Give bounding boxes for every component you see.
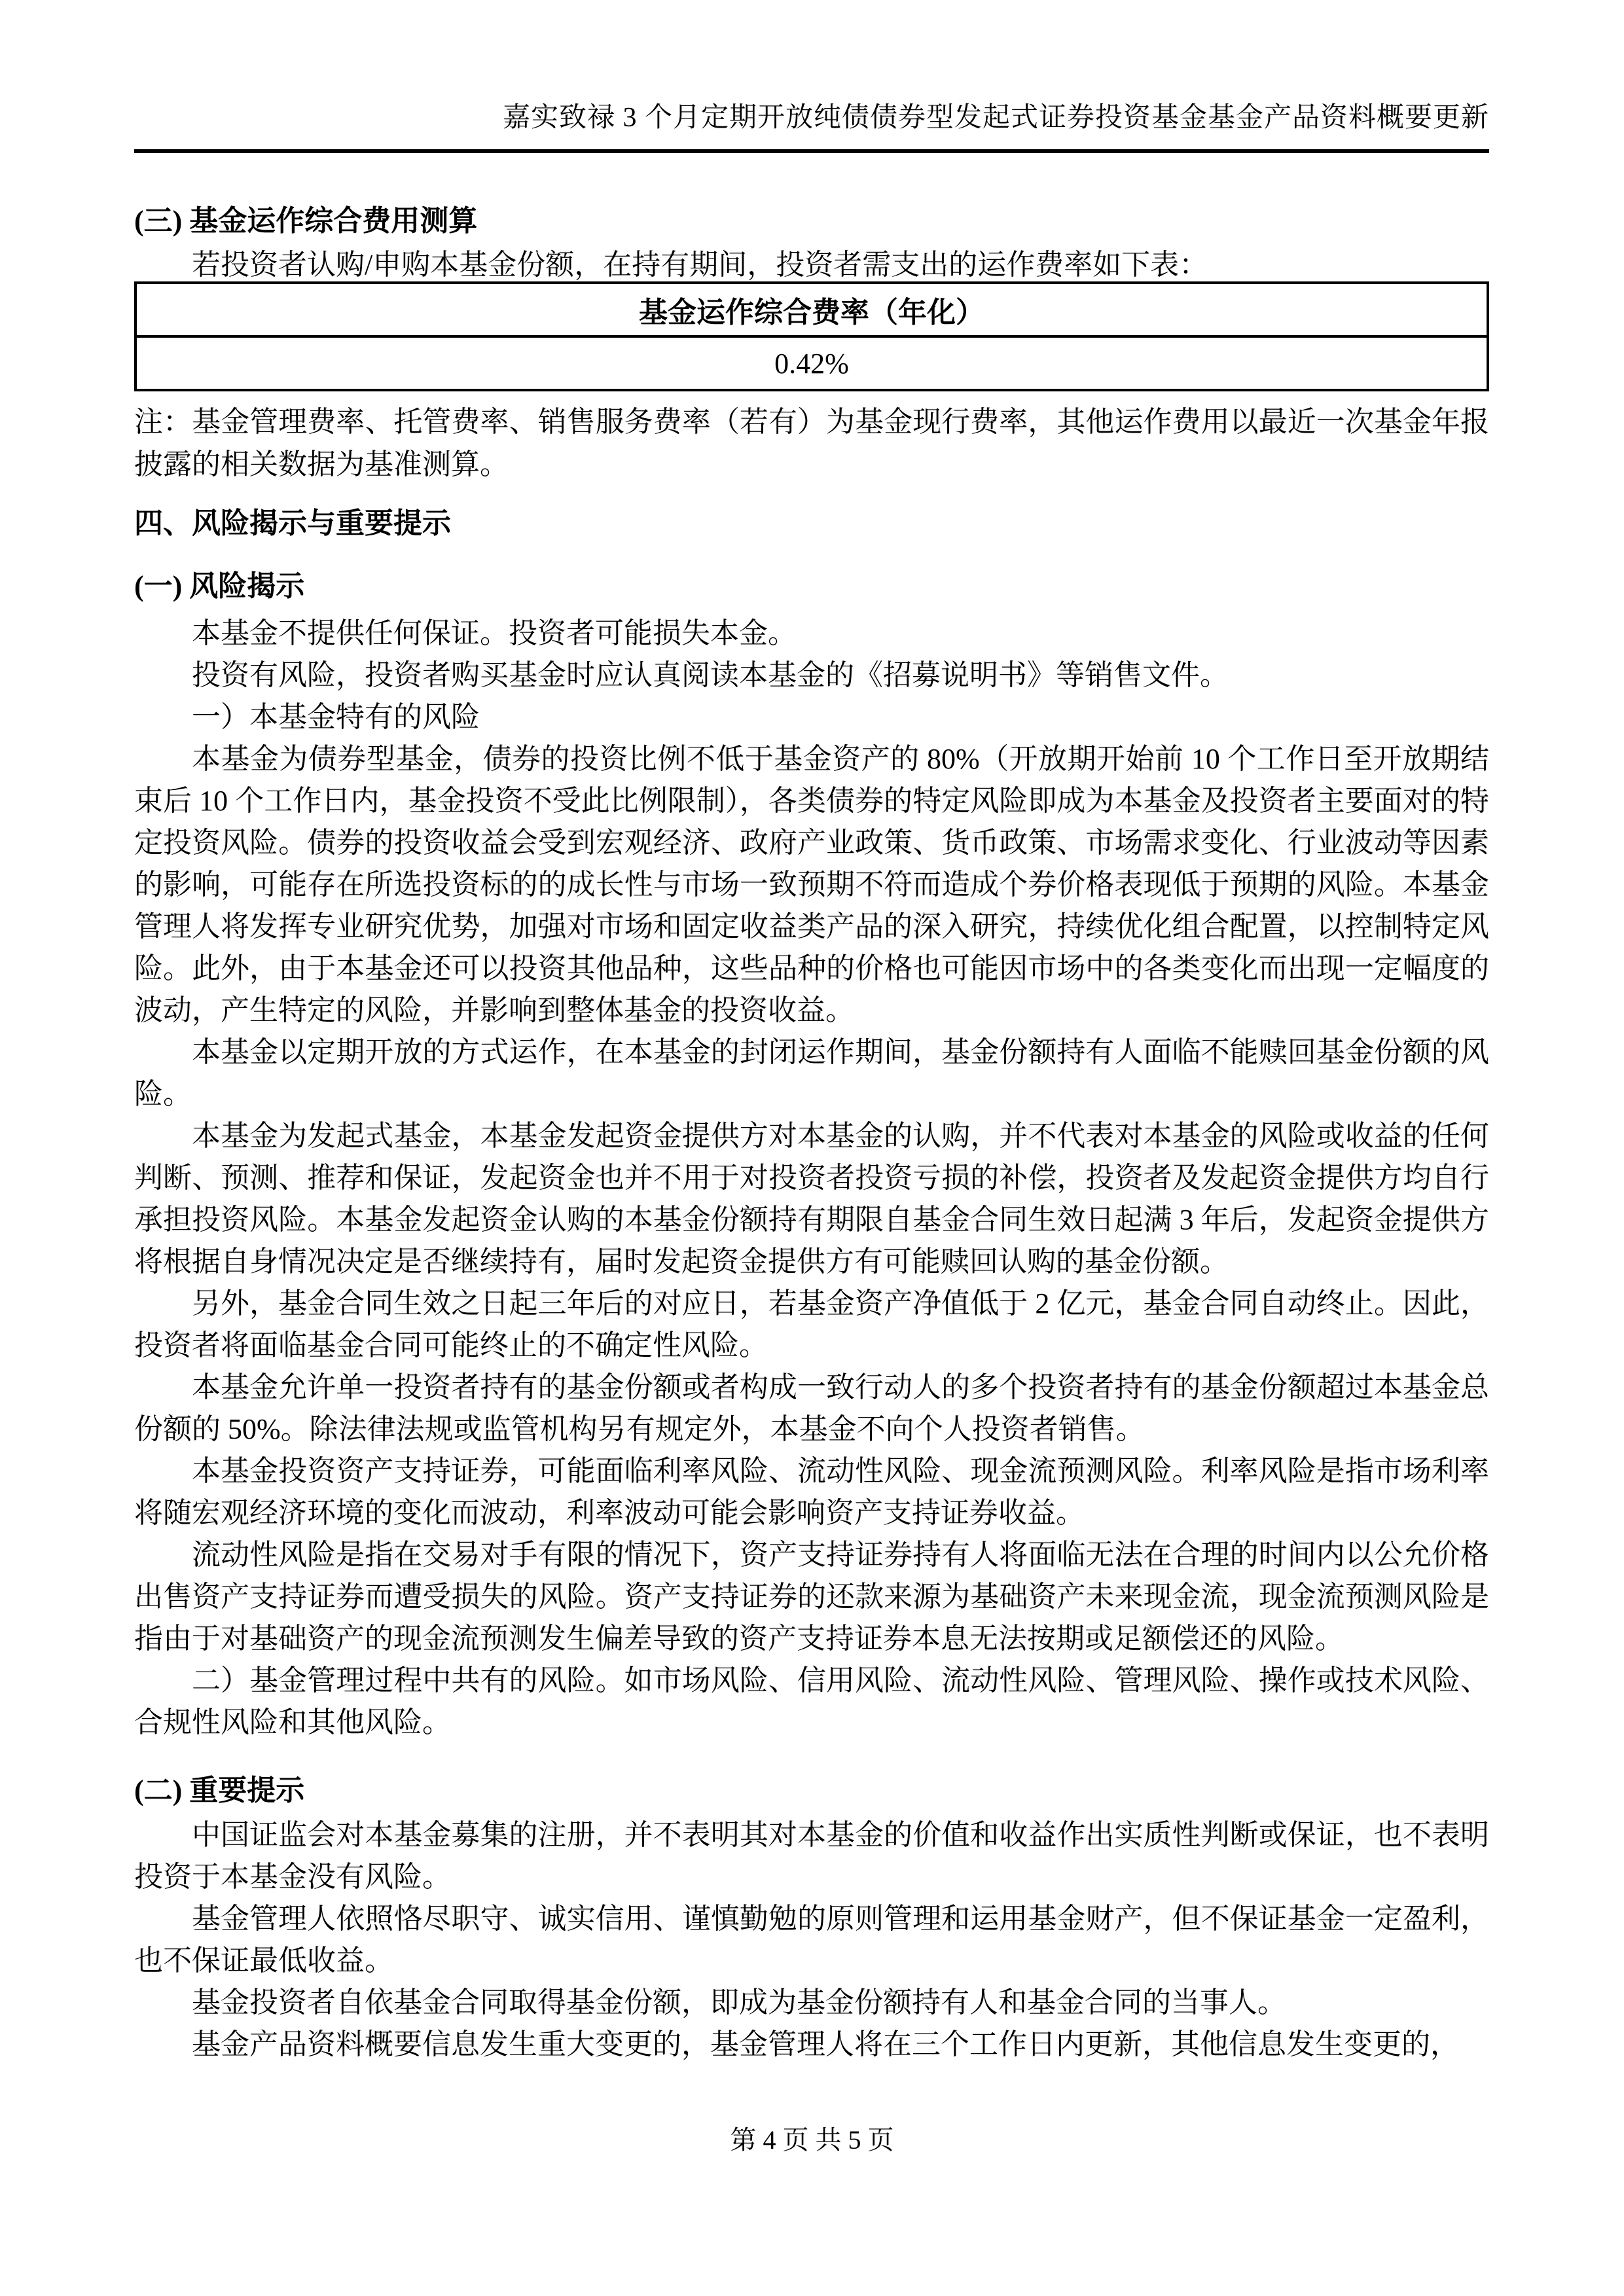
paragraph: 本基金以定期开放的方式运作，在本基金的封闭运作期间，基金份额持有人面临不能赎回基… xyxy=(134,1031,1489,1115)
paragraph: 本基金为发起式基金，本基金发起资金提供方对本基金的认购，并不代表对本基金的风险或… xyxy=(134,1115,1489,1283)
fee-table-value-cell: 0.42% xyxy=(135,336,1488,390)
paragraph: 另外，基金合同生效之日起三年后的对应日，若基金资产净值低于 2 亿元，基金合同自… xyxy=(134,1283,1489,1367)
document-page: 嘉实致禄 3 个月定期开放纯债债券型发起式证券投资基金基金产品资料概要更新 (三… xyxy=(0,0,1624,2296)
paragraph: 一）本基金特有的风险 xyxy=(134,696,1489,738)
paragraph: 本基金不提供任何保证。投资者可能损失本金。 xyxy=(134,613,1489,655)
header-title: 嘉实致禄 3 个月定期开放纯债债券型发起式证券投资基金基金产品资料概要更新 xyxy=(134,99,1489,136)
paragraph: 中国证监会对本基金募集的注册，并不表明其对本基金的价值和收益作出实质性判断或保证… xyxy=(134,1814,1489,1898)
fee-table-value-row: 0.42% xyxy=(135,336,1488,390)
risk-disclosure-paragraphs: 本基金不提供任何保证。投资者可能损失本金。 投资有风险，投资者购买基金时应认真阅… xyxy=(134,613,1489,1744)
paragraph: 本基金投资资产支持证券，可能面临利率风险、流动性风险、现金流预测风险。利率风险是… xyxy=(134,1450,1489,1534)
paragraph: 本基金为债券型基金，债券的投资比例不低于基金资产的 80%（开放期开始前 10 … xyxy=(134,738,1489,1031)
paragraph: 基金管理人依照恪尽职守、诚实信用、谨慎勤勉的原则管理和运用基金财产，但不保证基金… xyxy=(134,1898,1489,1982)
important-notes-heading: (二) 重要提示 xyxy=(134,1772,1489,1809)
fee-table-header-cell: 基金运作综合费率（年化） xyxy=(135,283,1488,336)
paragraph: 二）基金管理过程中共有的风险。如市场风险、信用风险、流动性风险、管理风险、操作或… xyxy=(134,1660,1489,1744)
paragraph: 基金产品资料概要信息发生重大变更的，基金管理人将在三个工作日内更新，其他信息发生… xyxy=(134,2024,1489,2066)
fee-section-heading: (三) 基金运作综合费用测算 xyxy=(134,203,1489,240)
page-footer: 第 4 页 共 5 页 xyxy=(0,2122,1624,2159)
paragraph: 基金投资者自依基金合同取得基金份额，即成为基金份额持有人和基金合同的当事人。 xyxy=(134,1982,1489,2024)
page-content: 嘉实致禄 3 个月定期开放纯债债券型发起式证券投资基金基金产品资料概要更新 (三… xyxy=(134,0,1489,2066)
risk-chapter-heading: 四、风险揭示与重要提示 xyxy=(134,505,1489,542)
fee-note-paragraph: 注：基金管理费率、托管费率、销售服务费率（若有）为基金现行费率，其他运作费用以最… xyxy=(134,401,1489,486)
fee-table: 基金运作综合费率（年化） 0.42% xyxy=(134,281,1489,391)
fee-table-header-row: 基金运作综合费率（年化） xyxy=(135,283,1488,336)
fee-intro-paragraph: 若投资者认购/申购本基金份额，在持有期间，投资者需支出的运作费率如下表： xyxy=(134,249,1489,281)
paragraph: 投资有风险，投资者购买基金时应认真阅读本基金的《招募说明书》等销售文件。 xyxy=(134,655,1489,696)
important-notes-paragraphs: 中国证监会对本基金募集的注册，并不表明其对本基金的价值和收益作出实质性判断或保证… xyxy=(134,1814,1489,2066)
header-rule xyxy=(134,149,1489,153)
paragraph: 流动性风险是指在交易对手有限的情况下，资产支持证券持有人将面临无法在合理的时间内… xyxy=(134,1534,1489,1660)
paragraph: 本基金允许单一投资者持有的基金份额或者构成一致行动人的多个投资者持有的基金份额超… xyxy=(134,1367,1489,1450)
risk-disclosure-heading: (一) 风险揭示 xyxy=(134,568,1489,605)
